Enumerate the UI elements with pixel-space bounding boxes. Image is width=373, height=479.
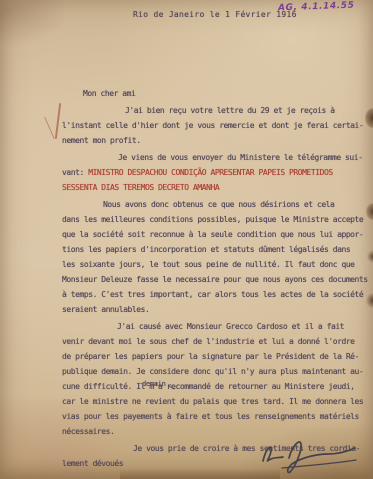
letter-line: tions les papiers d'incorporation et sta… [62,242,370,257]
letter-line: J'ai causé avec Monsieur Grecco Cardoso … [62,319,370,334]
dateline: Rio de Janeiro le 1 Février 1916 [133,10,297,19]
telegram-text: MINISTRO DESPACHOU CONDIÇÃO APRESENTAR P… [88,168,333,177]
letter-body: Mon cher ami J'ai bien reçu votre lettre… [62,86,370,471]
letter-line: car le ministre ne revient du palais que… [62,394,370,409]
salutation: Mon cher ami [83,86,370,101]
handwritten-signature [256,436,358,474]
paragraph-4: J'ai causé avec Monsieur Grecco Cardoso … [62,319,370,439]
scanned-letter: AG, 4.1.14.55 Rio de Janeiro le 1 Févrie… [0,0,373,479]
letter-line: de préparer les papiers pour la signatur… [62,349,370,364]
letter-line: cune difficulté. Il m'a recommandé de re… [62,379,370,394]
letter-line: Je viens de vous envoyer du Ministere le… [62,150,370,165]
telegram-text: SESSENTA DIAS TEREMOS DECRETO AMANHA [62,180,370,195]
letter-line: les soixante jours, le tout sous peine d… [62,257,370,272]
letter-line: Nous avons donc obtenus ce que nous dési… [62,197,370,212]
letter-line: Monsieur Deleuze fasse le necessaire pou… [62,272,370,287]
letter-line: J'ai bien reçu votre lettre du 29 et je … [62,103,370,118]
letter-line: à temps. C'est tres important, car alors… [62,287,370,302]
letter-line: vias pour les payements à faire et tous … [62,409,370,424]
letter-line: vant: MINISTRO DESPACHOU CONDIÇÃO APRESE… [62,165,370,180]
letter-line: venir devant moi le sous chef de l'indus… [62,334,370,349]
letter-line: seraient annulables. [62,302,370,317]
letter-line: l'instant celle d'hier dont je vous reme… [62,118,370,133]
paper-mark [44,117,55,139]
paragraph-1: J'ai bien reçu votre lettre du 29 et je … [62,103,370,148]
letter-line: que la société soit reconnue à la seule … [62,227,370,242]
telegram-prefix: vant: [62,168,88,177]
paragraph-3: Nous avons donc obtenus ce que nous dési… [62,197,370,317]
interline-insertion: demain [142,380,166,388]
letter-line: nement mon profit. [62,133,370,148]
paragraph-2: Je viens de vous envoyer du Ministere le… [62,150,370,195]
letter-line: publique demain. Je considere donc qu'il… [62,364,370,379]
letter-line: dans les meilleures conditions possibles… [62,212,370,227]
paper-mark [55,103,61,139]
